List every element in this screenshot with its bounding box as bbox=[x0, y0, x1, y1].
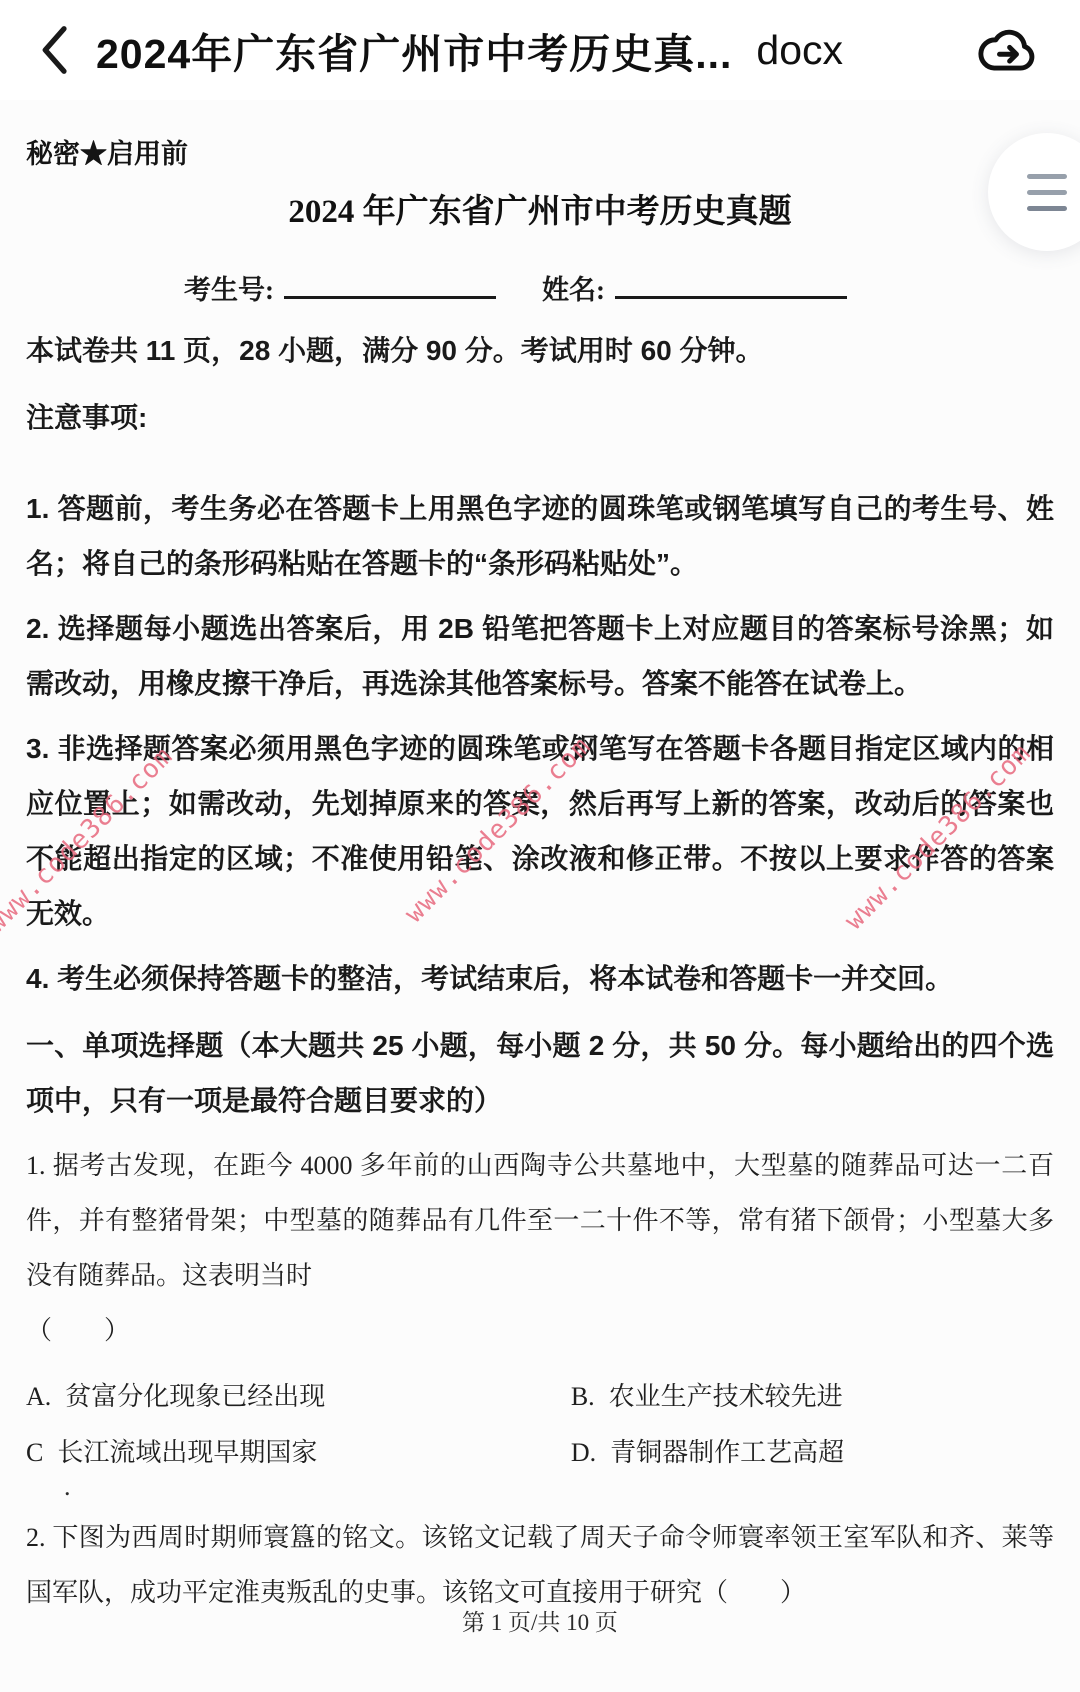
option-c-text: 长江流域出现早期国家 bbox=[57, 1438, 317, 1467]
candidate-no-label: 考生号: bbox=[184, 268, 274, 307]
note-item-4: 4. 考生必须保持答题卡的整洁，考试结束后，将本试卷和答题卡一并交回。 bbox=[26, 951, 1054, 1006]
section-heading: 一、单项选择题（本大题共 25 小题，每小题 2 分，共 50 分。每小题给出的… bbox=[26, 1018, 1054, 1128]
option-a-text: 贫富分化现象已经出现 bbox=[65, 1382, 325, 1411]
question-1-text: 1. 据考古发现，在距今 4000 多年前的山西陶寺公共墓地中，大型墓的随葬品可… bbox=[26, 1138, 1054, 1303]
classification-label: 秘密★启用前 bbox=[26, 132, 1054, 171]
note-item-3: 3. 非选择题答案必须用黑色字迹的圆珠笔或钢笔写在答题卡各题目指定区域内的相应位… bbox=[26, 721, 1054, 941]
document-viewer-screen: 2024年广东省广州市中考历史真... docx 秘密★启用前 2024 年广东… bbox=[0, 0, 1080, 1692]
option-b-label: B. bbox=[571, 1382, 595, 1411]
name-label: 姓名: bbox=[542, 268, 605, 307]
option-d-text: 青铜器制作工艺高超 bbox=[610, 1438, 844, 1467]
paper-summary: 本试卷共 11 页，28 小题，满分 90 分。考试用时 60 分钟。 bbox=[26, 323, 1054, 378]
cloud-arrow-icon bbox=[974, 23, 1042, 77]
paper-title: 2024 年广东省广州市中考历史真题 bbox=[26, 185, 1054, 232]
note-item-1: 1. 答题前，考生务必在答题卡上用黑色字迹的圆珠笔或钢笔填写自己的考生号、姓名；… bbox=[26, 481, 1054, 591]
candidate-no-blank-line bbox=[284, 266, 496, 299]
app-bar: 2024年广东省广州市中考历史真... docx bbox=[0, 0, 1080, 100]
question-1-answer-bracket: （ ） bbox=[26, 1303, 1054, 1358]
option-b: B.农业生产技术较先进 bbox=[571, 1376, 1054, 1418]
option-d: D.青铜器制作工艺高超 bbox=[571, 1432, 1054, 1474]
cloud-share-button[interactable] bbox=[972, 21, 1044, 79]
option-b-text: 农业生产技术较先进 bbox=[609, 1382, 843, 1411]
option-c-label: C bbox=[26, 1438, 43, 1467]
option-d-label: D. bbox=[571, 1438, 596, 1467]
chevron-left-icon bbox=[39, 24, 69, 76]
question-1-options: A.贫富分化现象已经出现 B.农业生产技术较先进 C长江流域出现早期国家 . D… bbox=[26, 1376, 1054, 1474]
page-number: 第 1 页/共 10 页 bbox=[0, 1604, 1080, 1637]
back-button[interactable] bbox=[36, 22, 72, 78]
note-item-2: 2. 选择题每小题选出答案后，用 2B 铅笔把答题卡上对应题目的答案标号涂黑；如… bbox=[26, 601, 1054, 711]
option-a: A.贫富分化现象已经出现 bbox=[26, 1376, 571, 1418]
name-blank-line bbox=[615, 266, 847, 299]
option-a-label: A. bbox=[26, 1382, 51, 1411]
option-c: C长江流域出现早期国家 . bbox=[26, 1432, 571, 1474]
hamburger-icon bbox=[1027, 168, 1067, 216]
file-extension: docx bbox=[756, 27, 843, 74]
option-c-stray-dot: . bbox=[64, 1466, 71, 1508]
document-page: 秘密★启用前 2024 年广东省广州市中考历史真题 考生号: 姓名: 本试卷共 … bbox=[0, 132, 1080, 1620]
notes-heading: 注意事项: bbox=[26, 390, 1054, 445]
file-title: 2024年广东省广州市中考历史真... bbox=[96, 21, 732, 80]
candidate-fields-row: 考生号: 姓名: bbox=[184, 266, 1054, 307]
